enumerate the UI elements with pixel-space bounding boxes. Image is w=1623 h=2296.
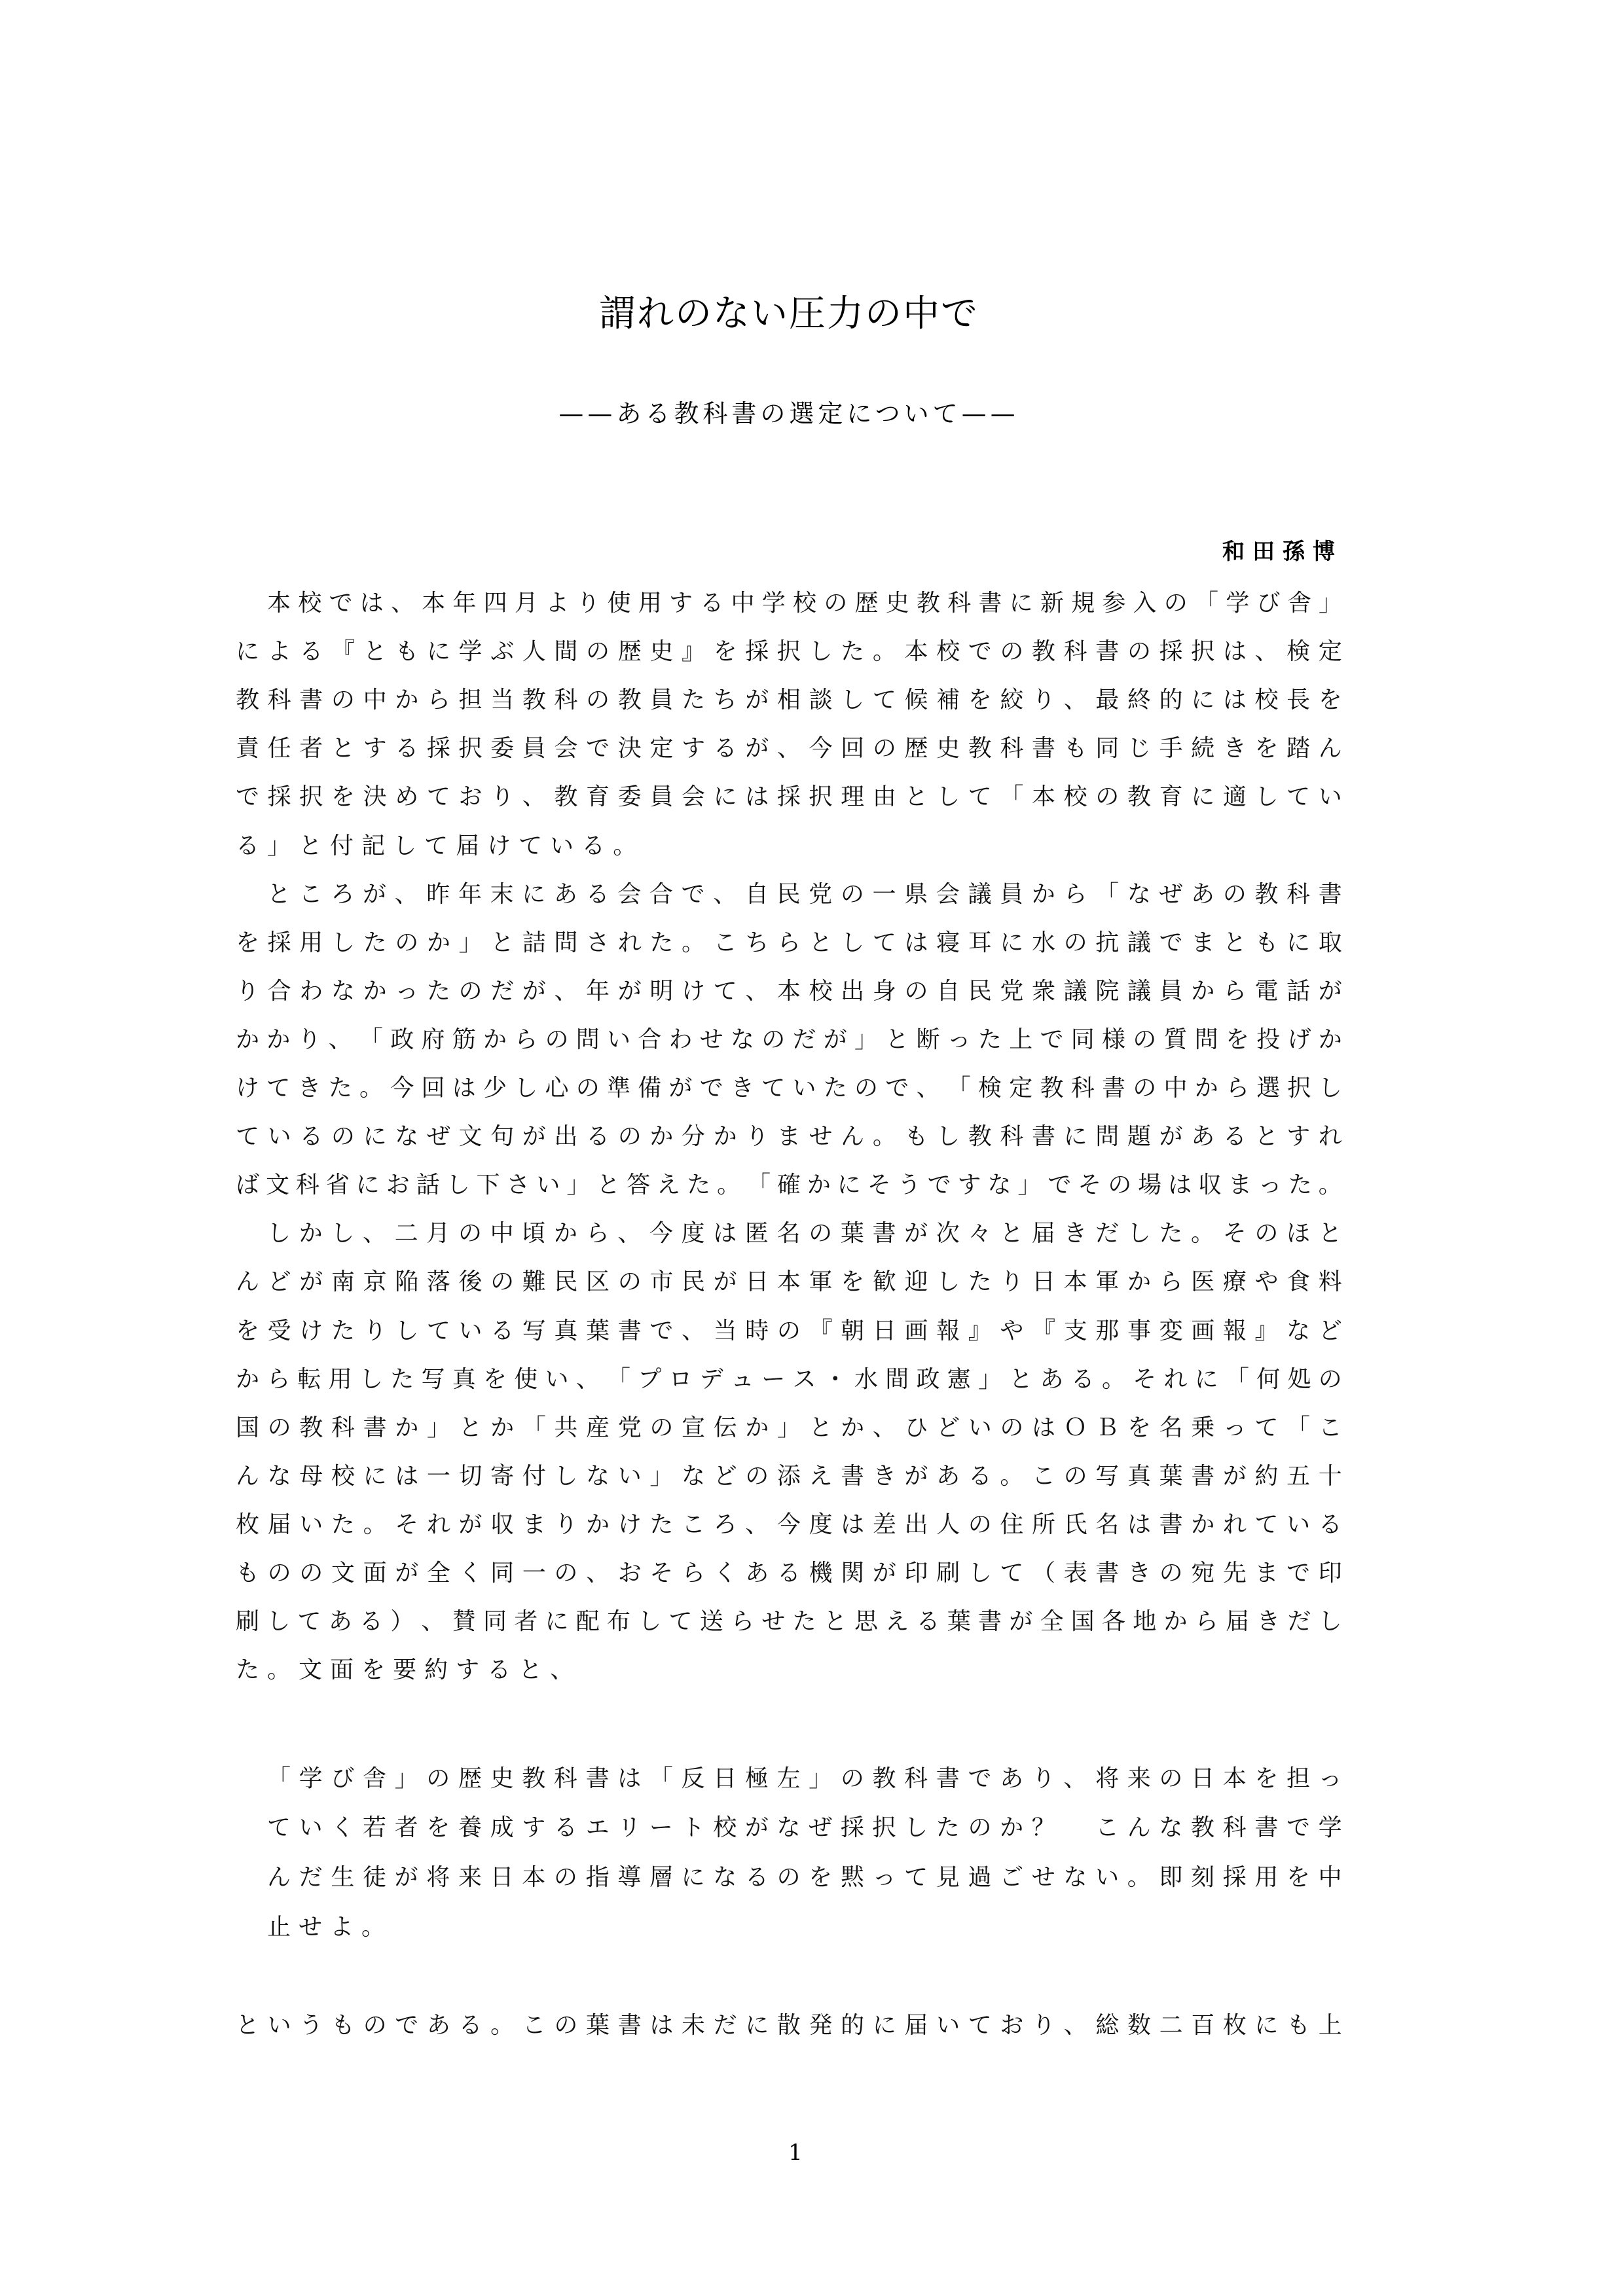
text-line: で採択を決めており、教育委員会には採択理由として「本校の教育に適してい [236,773,1342,821]
text-line: を採用したのか」と詰問された。こちらとしては寝耳に水の抗議でまともに取 [236,919,1342,967]
text-line: り合わなかったのだが、年が明けて、本校出身の自民党衆議院議員から電話が [236,967,1342,1016]
text-line: んな母校には一切寄付しない」などの添え書きがある。この写真葉書が約五十 [236,1452,1342,1501]
text-line: による『ともに学ぶ人間の歴史』を採択した。本校での教科書の採択は、検定 [236,628,1342,676]
text-line: ているのになぜ文句が出るのか分かりません。もし教科書に問題があるとすれ [236,1113,1342,1161]
text-line: ものの文面が全く同一の、おそらくある機関が印刷して（表書きの宛先まで印 [236,1549,1342,1598]
document-title: 謂れのない圧力の中で [0,288,1578,340]
text-line: 責任者とする採択委員会で決定するが、今回の歴史教科書も同じ手続きを踏ん [236,725,1342,773]
text-line: 国の教科書か」とか「共産党の宣伝か」とか、ひどいのはＯＢを名乗って「こ [236,1404,1342,1452]
author-name: 和田孫博 [1222,535,1343,568]
text-line: んどが南京陥落後の難民区の市民が日本軍を歓迎したり日本軍から医療や食料 [236,1258,1342,1306]
text-line: 「学び舎」の歴史教科書は「反日極左」の教科書であり、将来の日本を担っ [267,1755,1342,1803]
text-line: けてきた。今回は少し心の準備ができていたので、「検定教科書の中から選択し [236,1064,1342,1113]
text-line: ところが、昨年末にある会合で、自民党の一県会議員から「なぜあの教科書 [236,870,1342,919]
text-line: 本校では、本年四月より使用する中学校の歴史教科書に新規参入の「学び舎」 [236,579,1342,628]
text-line: る」と付記して届けている。 [236,822,1342,870]
text-line: しかし、二月の中頃から、今度は匿名の葉書が次々と届きだした。そのほと [236,1210,1342,1258]
text-line: かかり、「政府筋からの問い合わせなのだが」と断った上で同様の質問を投げか [236,1016,1342,1064]
text-line: んだ生徒が将来日本の指導層になるのを黙って見過ごせない。即刻採用を中 [267,1854,1342,1902]
text-line: を受けたりしている写真葉書で、当時の『朝日画報』や『支那事変画報』など [236,1307,1342,1355]
document-page: 謂れのない圧力の中で ——ある教科書の選定について—— 和田孫博 本校では、本年… [0,0,1623,2296]
text-line: から転用した写真を使い、「プロデュース・水間政憲」とある。それに「何処の [236,1355,1342,1404]
text-line: 教科書の中から担当教科の教員たちが相談して候補を絞り、最終的には校長を [236,676,1342,725]
text-line: ば文科省にお話し下さい」と答えた。「確かにそうですな」でその場は収まった。 [236,1161,1342,1210]
text-line: た。文面を要約すると、 [236,1646,1342,1695]
text-line: 枚届いた。それが収まりかけたころ、今度は差出人の住所氏名は書かれている [236,1501,1342,1549]
text-line: というものである。この葉書は未だに散発的に届いており、総数二百枚にも上 [236,2001,1342,2050]
text-line: 刷してある）、賛同者に配布して送らせたと思える葉書が全国各地から届きだし [236,1598,1342,1646]
text-line: ていく若者を養成するエリート校がなぜ採択したのか？ こんな教科書で学 [267,1804,1342,1852]
document-subtitle: ——ある教科書の選定について—— [0,394,1578,433]
page-number: 1 [0,2136,1591,2169]
text-line: 止せよ。 [267,1903,1342,1952]
